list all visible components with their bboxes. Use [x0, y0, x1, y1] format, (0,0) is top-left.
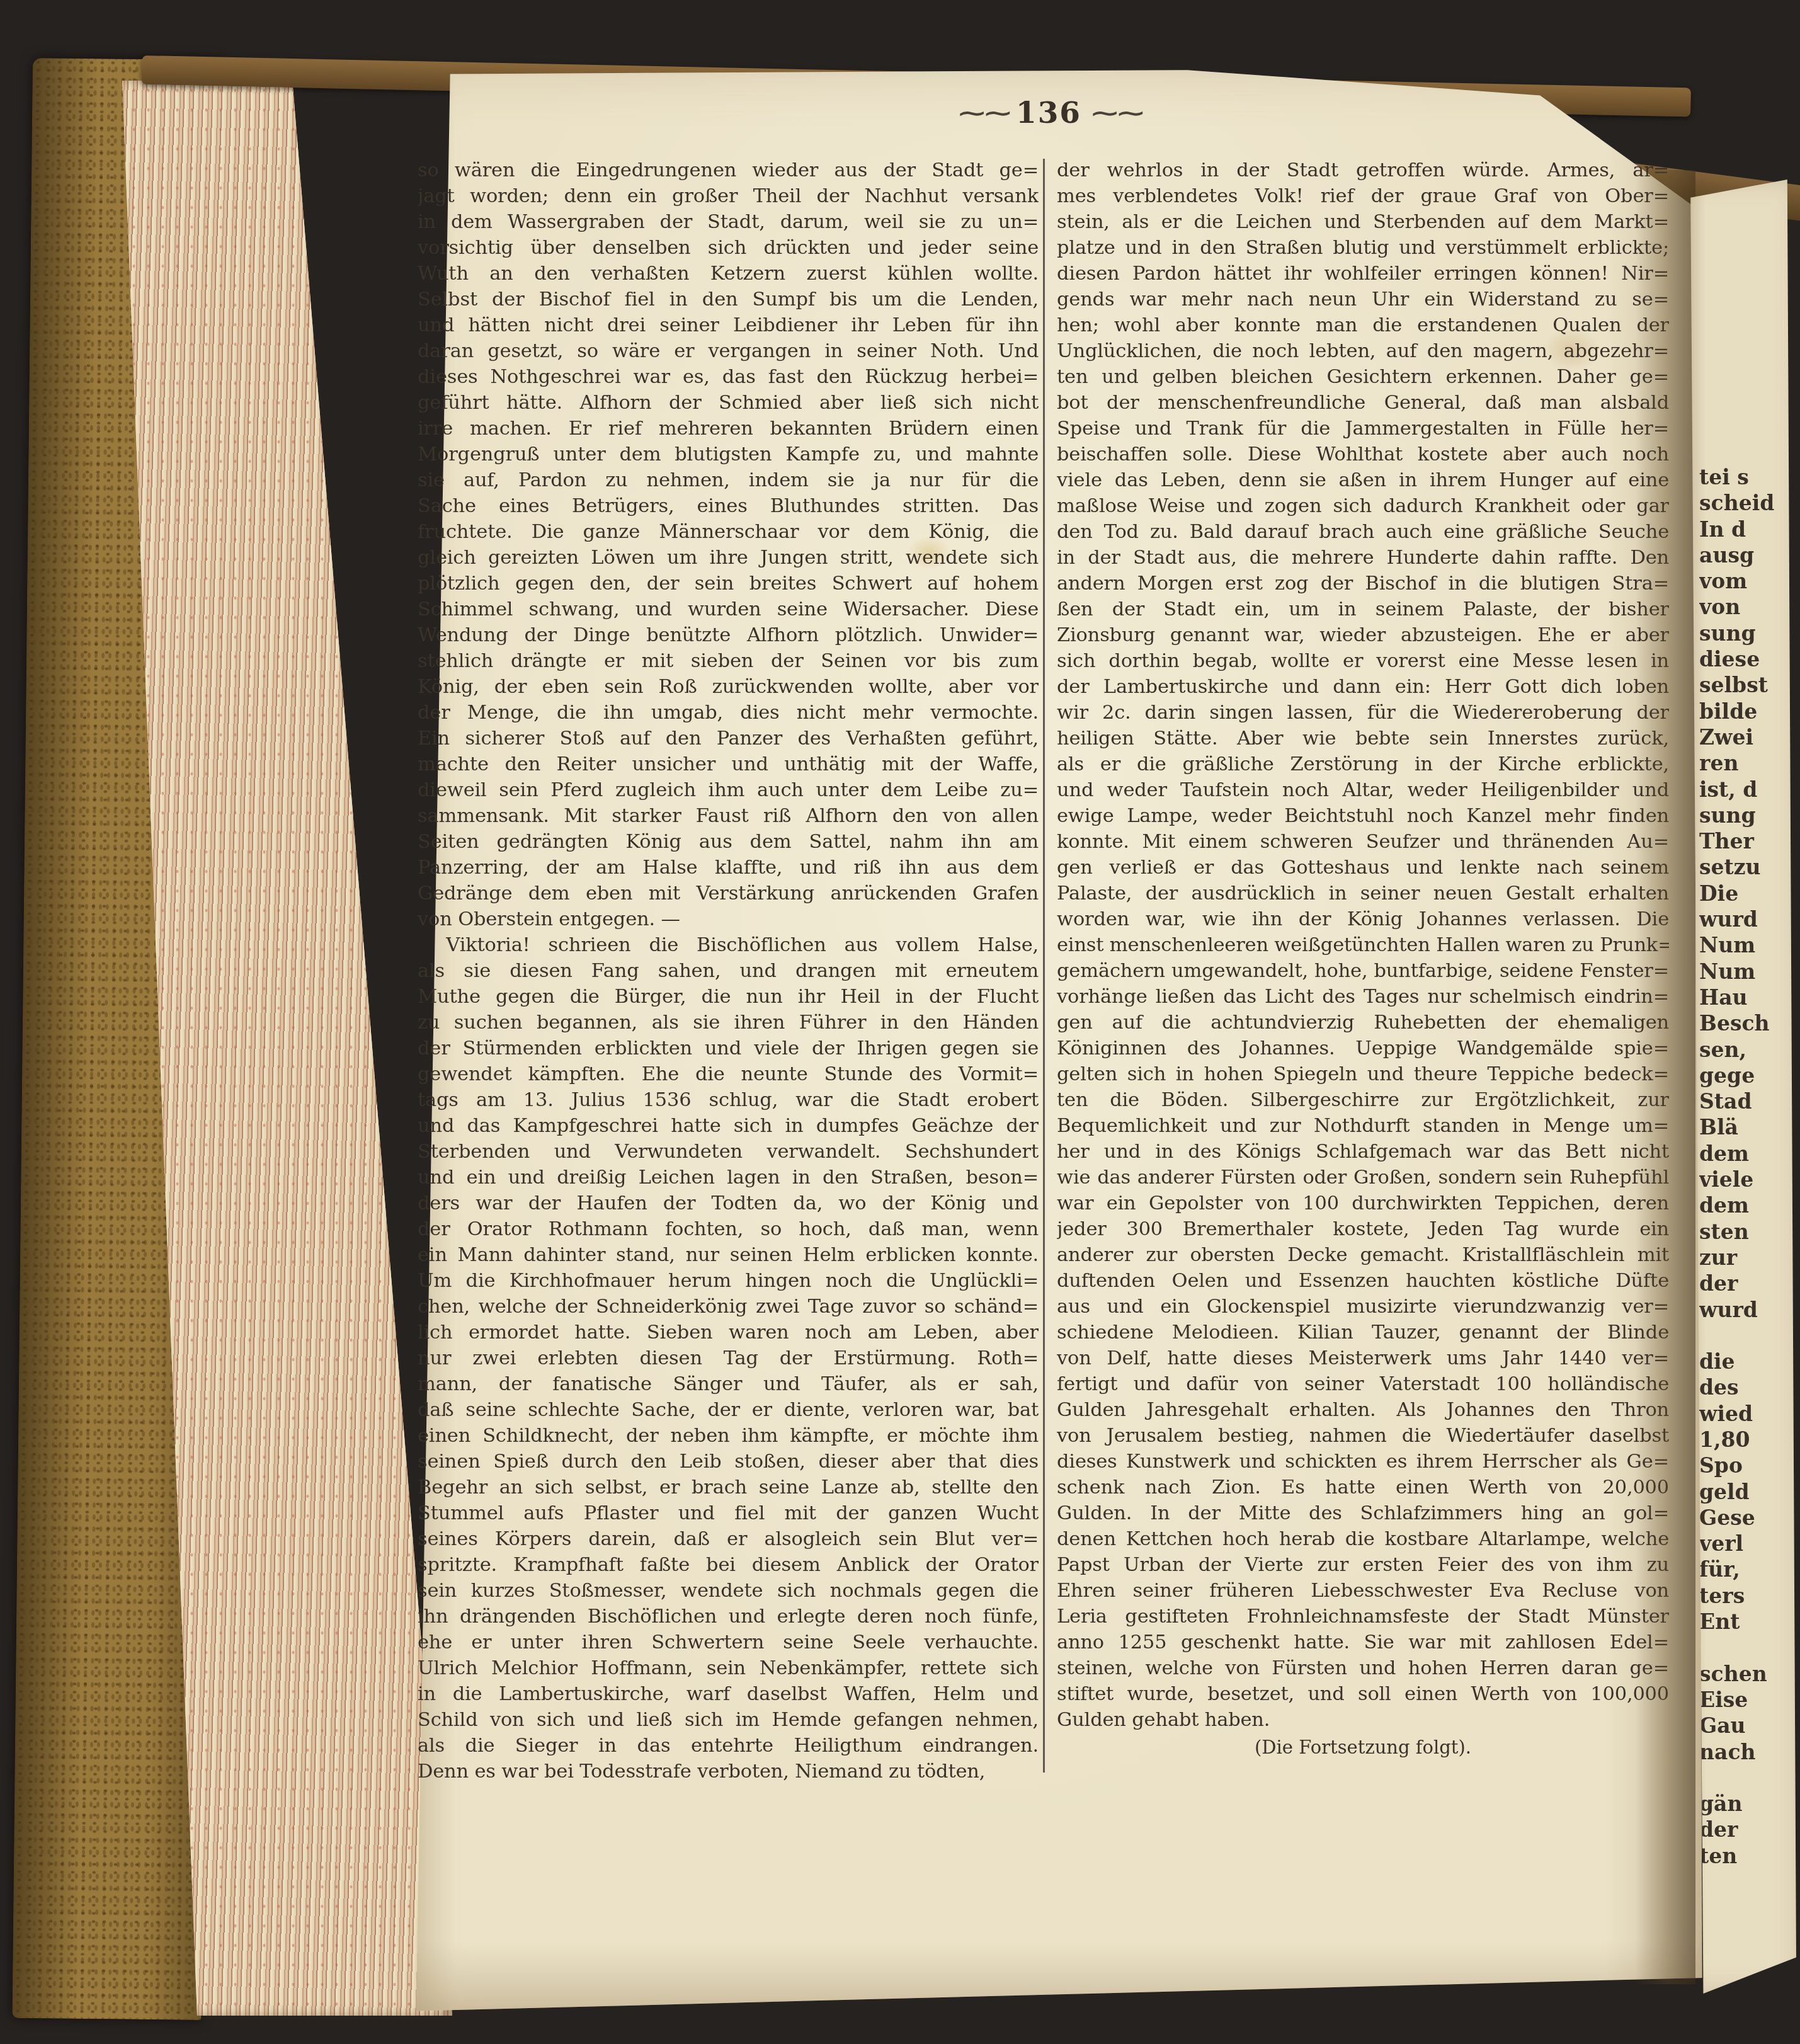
text-line: Ehren seiner früheren Liebesschwester Ev…: [1057, 1578, 1669, 1604]
text-line: sein kurzes Stoßmesser, wendete sich noc…: [418, 1578, 1039, 1604]
text-line: anderer zur obersten Decke gemacht. Kris…: [1057, 1242, 1669, 1268]
text-line: Gulden gehabt haben.: [1057, 1707, 1669, 1733]
next-page-fragment-line: von: [1699, 594, 1800, 620]
next-page-fragment-line: diese: [1699, 646, 1800, 672]
text-line: ehe er unter ihren Schwertern seine Seel…: [418, 1630, 1039, 1655]
next-page-fragment-line: Ent: [1699, 1609, 1800, 1635]
text-line: heiligen Stätte. Aber wie bebte sein Inn…: [1057, 726, 1669, 751]
next-page-fragment-line: sen,: [1699, 1037, 1800, 1063]
text-line: Seiten gedrängten König aus dem Sattel, …: [418, 829, 1039, 855]
text-line: platze und in den Straßen blutig und ver…: [1057, 235, 1669, 261]
next-page-fragment-line: wurd: [1699, 906, 1800, 932]
text-line: ewige Lampe, weder Beichtstuhl noch Kanz…: [1057, 803, 1669, 829]
next-page-fragment-line: wurd: [1699, 1297, 1800, 1323]
next-page-fragment-line: ters: [1699, 1583, 1800, 1609]
text-line: plötzlich gegen den, der sein breites Sc…: [418, 571, 1039, 597]
text-line: Schimmel schwang, und wurden seine Wider…: [418, 597, 1039, 622]
text-line: war ein Gepolster von 100 durchwirkten T…: [1057, 1190, 1669, 1216]
text-line: Viktoria! schrieen die Bischöflichen aus…: [418, 932, 1039, 958]
text-line: hen; wohl aber konnte man die erstandene…: [1057, 312, 1669, 338]
text-line: Gedränge dem eben mit Verstärkung anrück…: [418, 881, 1039, 906]
next-page-fragment-line: schen: [1699, 1661, 1800, 1687]
text-line: in die Lambertuskirche, warf daselbst Wa…: [418, 1681, 1039, 1707]
text-line: tags am 13. Julius 1536 schlug, war die …: [418, 1087, 1039, 1113]
text-line: sich dorthin begab, wollte er vorerst ei…: [1057, 648, 1669, 674]
text-column-right: der wehrlos in der Stadt getroffen würde…: [1057, 157, 1669, 1733]
page-number: 136: [1016, 96, 1081, 130]
text-line: denen Kettchen hoch herab die kostbare A…: [1057, 1526, 1669, 1552]
text-line: nur zwei erlebten diesen Tag der Erstürm…: [418, 1345, 1039, 1371]
text-line: Unglücklichen, die noch lebten, auf den …: [1057, 338, 1669, 364]
text-line: Gulden. In der Mitte des Schlafzimmers h…: [1057, 1500, 1669, 1526]
text-line: mann, der fanatische Sänger und Täufer, …: [418, 1371, 1039, 1397]
text-line: Bequemlichkeit und zur Nothdurft standen…: [1057, 1113, 1669, 1139]
text-line: geführt hätte. Alfhorn der Schmied aber …: [418, 390, 1039, 416]
next-page-fragment-line: setzu: [1699, 854, 1800, 880]
text-line: ten und gelben bleichen Gesichtern erken…: [1057, 364, 1669, 390]
next-page-fragment-line: 1,80: [1699, 1427, 1800, 1453]
text-line: irre machen. Er rief mehreren bekannten …: [418, 416, 1039, 442]
next-page-text-column: tei sscheidIn dausgvomvonsungdieseselbst…: [1699, 464, 1800, 1869]
text-line: Panzerring, der am Halse klaffte, und ri…: [418, 855, 1039, 881]
text-line: gen verließ er das Gotteshaus und lenkte…: [1057, 855, 1669, 881]
text-line: in der Stadt aus, die mehrere Hunderte d…: [1057, 545, 1669, 571]
text-line: spritzte. Krampfhaft faßte bei diesem An…: [418, 1552, 1039, 1578]
text-line: ihn drängenden Bischöflichen und erlegte…: [418, 1604, 1039, 1630]
next-page-fragment-line: Gau: [1699, 1713, 1800, 1739]
next-page-fragment-line: In d: [1699, 517, 1800, 542]
text-line: der wehrlos in der Stadt getroffen würde…: [1057, 157, 1669, 183]
text-line: daß seine schlechte Sache, der er diente…: [418, 1397, 1039, 1423]
next-page-fragment-line: für,: [1699, 1556, 1800, 1582]
text-line: lich ermordet hatte. Sieben waren noch a…: [418, 1320, 1039, 1345]
text-line: Schild von sich und ließ sich im Hemde g…: [418, 1707, 1039, 1733]
next-page-fragment-line: Stad: [1699, 1088, 1800, 1114]
text-line: Zionsburg genannt war, wieder abzusteige…: [1057, 622, 1669, 648]
text-line: gen auf die achtundvierzig Ruhebetten de…: [1057, 1010, 1669, 1036]
text-line: Selbst der Bischof fiel in den Sumpf bis…: [418, 287, 1039, 312]
text-line: ein Mann dahinter stand, nur seinen Helm…: [418, 1242, 1039, 1268]
next-page-fragment-line: sung: [1699, 620, 1800, 646]
next-page-fragment-line: ausg: [1699, 542, 1800, 568]
text-line: andern Morgen erst zog der Bischof in di…: [1057, 571, 1669, 597]
text-line: Speise und Trank für die Jammergestalten…: [1057, 416, 1669, 442]
text-line: anno 1255 geschenkt hatte. Sie war mit z…: [1057, 1630, 1669, 1655]
page-header: ∼∼ 136 ∼∼: [901, 96, 1197, 130]
text-line: mes verblendetes Volk! rief der graue Gr…: [1057, 183, 1669, 209]
continuation-note: (Die Fortsetzung folgt).: [1057, 1737, 1669, 1758]
text-line: jagt worden; denn ein großer Theil der N…: [418, 183, 1039, 209]
book-scan-photo: ∼∼ 136 ∼∼ so wären die Eingedrungenen wi…: [0, 0, 1800, 2044]
text-line: sie auf, Pardon zu nehmen, indem sie ja …: [418, 467, 1039, 493]
text-column-left: so wären die Eingedrungenen wieder aus d…: [418, 157, 1039, 1784]
next-page-fragment-line: bilde: [1699, 699, 1800, 724]
text-line: und weder Taufstein noch Altar, weder He…: [1057, 777, 1669, 803]
next-page-fragment-line: der: [1699, 1817, 1800, 1842]
text-line: ßen der Stadt ein, um in seinem Palaste,…: [1057, 597, 1669, 622]
text-line: diesen Pardon hättet ihr wohlfeiler erri…: [1057, 261, 1669, 287]
text-line: zu suchen begannen, als sie ihren Führer…: [418, 1010, 1039, 1036]
text-line: chen, welche der Schneiderkönig zwei Tag…: [418, 1294, 1039, 1320]
text-line: gemächern umgewandelt, hohe, buntfarbige…: [1057, 958, 1669, 984]
next-page-fragment-line: zur: [1699, 1245, 1800, 1270]
next-page-fragment-line: gege: [1699, 1063, 1800, 1088]
next-page-fragment-line: sung: [1699, 802, 1800, 828]
text-line: von Delf, hatte dieses Meisterwerk ums J…: [1057, 1345, 1669, 1371]
next-page-fragment-line: Die: [1699, 881, 1800, 906]
next-page-fragment-line: Gese: [1699, 1505, 1800, 1531]
text-line: her und in des Königs Schlafgemach war d…: [1057, 1139, 1669, 1165]
text-line: der Menge, die ihn umgab, dies nicht meh…: [418, 700, 1039, 726]
next-page-fragment-line: die: [1699, 1349, 1800, 1374]
text-line: gends war mehr nach neun Uhr ein Widerst…: [1057, 287, 1669, 312]
text-line: gleich gereizten Löwen um ihre Jungen st…: [418, 545, 1039, 571]
text-line: schiedene Melodieen. Kilian Tauzer, gena…: [1057, 1320, 1669, 1345]
text-line: wie das anderer Fürsten oder Großen, son…: [1057, 1165, 1669, 1190]
text-line: und hätten nicht drei seiner Leibdiener …: [418, 312, 1039, 338]
text-line: vorhänge ließen das Licht des Tages nur …: [1057, 984, 1669, 1010]
text-line: König, der eben sein Roß zurückwenden wo…: [418, 674, 1039, 700]
text-line: Ein sicherer Stoß auf den Panzer des Ver…: [418, 726, 1039, 751]
text-line: aus und ein Glockenspiel musizirte vieru…: [1057, 1294, 1669, 1320]
next-page-fragment-line: sten: [1699, 1219, 1800, 1245]
next-page-fragment-line: dem: [1699, 1141, 1800, 1167]
text-line: worden war, wie ihn der König Johannes v…: [1057, 906, 1669, 932]
next-page-fragment-line: Zwei: [1699, 724, 1800, 750]
next-page-fragment-line: [1699, 1765, 1800, 1791]
next-page-fragment-line: wied: [1699, 1401, 1800, 1427]
next-page-fragment-line: ren: [1699, 750, 1800, 776]
text-line: der Stürmenden erblickten und viele der …: [418, 1036, 1039, 1061]
text-line: Sache eines Betrügers, eines Bluthundes …: [418, 493, 1039, 519]
text-line: Denn es war bei Todesstrafe verboten, Ni…: [418, 1759, 1039, 1784]
text-line: einst menschenleeren weißgetünchten Hall…: [1057, 932, 1669, 958]
next-page-fragment-line: Besch: [1699, 1010, 1800, 1036]
text-line: machte den Reiter unsicher und unthätig …: [418, 751, 1039, 777]
next-page-fragment-line: scheid: [1699, 490, 1800, 516]
next-page-fragment-line: geld: [1699, 1479, 1800, 1505]
text-line: einen Schildknecht, der neben ihm kämpft…: [418, 1423, 1039, 1449]
text-line: dieses Kunstwerk und schickten es ihrem …: [1057, 1449, 1669, 1475]
text-line: gelten sich in hohen Spiegeln und theure…: [1057, 1061, 1669, 1087]
text-line: sammensank. Mit starker Faust riß Alfhor…: [418, 803, 1039, 829]
next-page-fragment-line: Num: [1699, 932, 1800, 958]
next-page-fragment-line: Spo: [1699, 1453, 1800, 1478]
next-page-fragment-line: [1699, 1635, 1800, 1660]
text-line: als sie diesen Fang sahen, und drangen m…: [418, 958, 1039, 984]
text-line: Ulrich Melchior Hoffmann, sein Nebenkämp…: [418, 1655, 1039, 1681]
text-line: von Oberstein entgegen. —: [418, 906, 1039, 932]
text-line: schenk nach Zion. Es hatte einen Werth v…: [1057, 1475, 1669, 1500]
gutter-shadow: [1635, 170, 1695, 1984]
text-line: Königinnen des Johannes. Ueppige Wandgem…: [1057, 1036, 1669, 1061]
text-line: Begehr an sich selbst, er brach seine La…: [418, 1475, 1039, 1500]
text-line: den Tod zu. Bald darauf brach auch eine …: [1057, 519, 1669, 545]
text-line: seines Körpers darein, daß er alsogleich…: [418, 1526, 1039, 1552]
text-line: Gulden Jahresgehalt erhalten. Als Johann…: [1057, 1397, 1669, 1423]
text-line: von Jerusalem bestieg, nahmen die Wieder…: [1057, 1423, 1669, 1449]
next-page-fragment-line: Blä: [1699, 1114, 1800, 1140]
text-line: bot der menschenfreundliche General, daß…: [1057, 390, 1669, 416]
text-line: stein, als er die Leichen und Sterbenden…: [1057, 209, 1669, 235]
next-page-fragment-line: tei s: [1699, 464, 1800, 490]
text-line: der Lambertuskirche und dann ein: Herr G…: [1057, 674, 1669, 700]
text-line: daran gesetzt, so wäre er vergangen in s…: [418, 338, 1039, 364]
text-line: fertigt und dafür von seiner Vaterstadt …: [1057, 1371, 1669, 1397]
next-page-fragment-line: [1699, 1323, 1800, 1349]
text-line: Um die Kirchhofmauer herum hingen noch d…: [418, 1268, 1039, 1294]
text-line: Palaste, der ausdrücklich in seiner neue…: [1057, 881, 1669, 906]
text-line: Sterbenden und Verwundeten verwandelt. S…: [418, 1139, 1039, 1165]
text-line: fruchtete. Die ganze Männerschaar vor de…: [418, 519, 1039, 545]
text-line: jeder 300 Bremerthaler kostete, Jeden Ta…: [1057, 1216, 1669, 1242]
next-page-fragment-line: ten: [1699, 1843, 1800, 1869]
next-page-fragment-line: nach: [1699, 1739, 1800, 1765]
text-line: duftenden Oelen und Essenzen hauchten kö…: [1057, 1268, 1669, 1294]
next-page-fragment-line: Hau: [1699, 985, 1800, 1010]
text-line: dieweil sein Pferd zugleich ihm auch unt…: [418, 777, 1039, 803]
text-line: maßlose Weise und zogen sich dadurch Kra…: [1057, 493, 1669, 519]
next-page-fragment-line: gän: [1699, 1791, 1800, 1817]
next-page-fragment-line: selbst: [1699, 672, 1800, 698]
text-line: seinen Spieß durch den Leib stoßen, dies…: [418, 1449, 1039, 1475]
text-line: ders war der Haufen der Todten da, wo de…: [418, 1190, 1039, 1216]
text-line: in dem Wassergraben der Stadt, darum, we…: [418, 209, 1039, 235]
next-page-fragment-line: dem: [1699, 1192, 1800, 1218]
text-line: stehlich drängte er mit sieben der Seine…: [418, 648, 1039, 674]
next-page-fragment-line: des: [1699, 1374, 1800, 1400]
text-line: beischaffen solle. Diese Wohlthat kostet…: [1057, 442, 1669, 467]
text-line: vorsichtig über denselben sich drückten …: [418, 235, 1039, 261]
next-page-fragment-line: Num: [1699, 959, 1800, 985]
next-page-fragment-line: ist, d: [1699, 777, 1800, 802]
text-line: Stummel aufs Pflaster und fiel mit der g…: [418, 1500, 1039, 1526]
text-line: Papst Urban der Vierte zur ersten Feier …: [1057, 1552, 1669, 1578]
text-line: konnte. Mit einem schweren Seufzer und t…: [1057, 829, 1669, 855]
column-divider-rule: [1043, 159, 1045, 1773]
text-line: viele das Leben, denn sie aßen in ihrem …: [1057, 467, 1669, 493]
next-page-fragment-line: Eise: [1699, 1687, 1800, 1713]
next-page-fragment-line: Ther: [1699, 828, 1800, 854]
next-page-fragment-line: der: [1699, 1270, 1800, 1296]
text-line: steinen, welche von Fürsten und hohen He…: [1057, 1655, 1669, 1681]
text-line: gewendet kämpften. Ehe die neunte Stunde…: [418, 1061, 1039, 1087]
text-line: Leria gestifteten Frohnleichnamsfeste de…: [1057, 1604, 1669, 1630]
text-line: der Orator Rothmann fochten, so hoch, da…: [418, 1216, 1039, 1242]
text-line: stiftet wurde, besetzet, und soll einen …: [1057, 1681, 1669, 1707]
text-line: wir 2c. darin singen lassen, für die Wie…: [1057, 700, 1669, 726]
page-number-ornament-left: ∼∼: [956, 98, 1008, 128]
next-page-fragment-line: viele: [1699, 1167, 1800, 1192]
text-line: als die Sieger in das entehrte Heiligthu…: [418, 1733, 1039, 1759]
text-line: so wären die Eingedrungenen wieder aus d…: [418, 157, 1039, 183]
text-line: ten die Böden. Silbergeschirre zur Ergöt…: [1057, 1087, 1669, 1113]
text-line: Wendung der Dinge benützte Alfhorn plötz…: [418, 622, 1039, 648]
text-line: Morgengruß unter dem blutigsten Kampfe z…: [418, 442, 1039, 467]
text-line: als er die gräßliche Zerstörung in der K…: [1057, 751, 1669, 777]
next-page-fragment-line: verl: [1699, 1531, 1800, 1556]
page-number-ornament-right: ∼∼: [1089, 98, 1141, 128]
text-line: dieses Nothgeschrei war es, das fast den…: [418, 364, 1039, 390]
text-line: und das Kampfgeschrei hatte sich in dump…: [418, 1113, 1039, 1139]
text-line: Muthe gegen die Bürger, die nun ihr Heil…: [418, 984, 1039, 1010]
text-line: Wuth an den verhaßten Ketzern zuerst küh…: [418, 261, 1039, 287]
text-line: und ein und dreißig Leichen lagen in den…: [418, 1165, 1039, 1190]
next-page-fragment-line: vom: [1699, 568, 1800, 594]
